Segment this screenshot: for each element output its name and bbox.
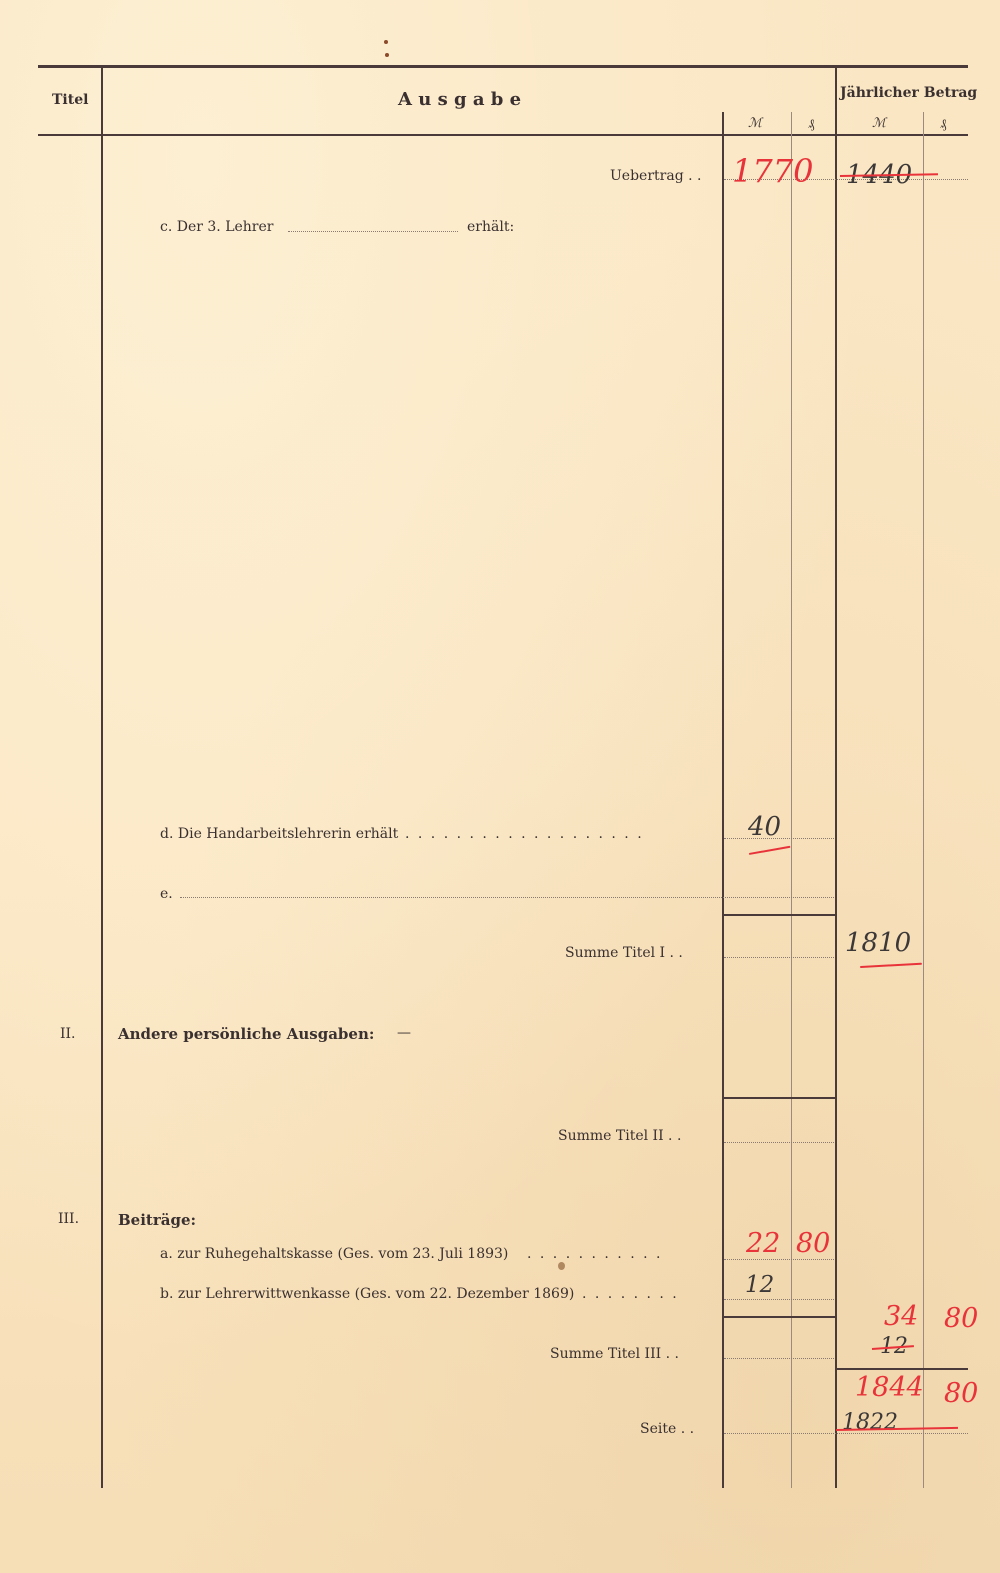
ink-stain [558, 1262, 565, 1270]
ink-dot [384, 40, 388, 44]
ink-dot [385, 53, 389, 57]
row-d-mark-value: 40 [748, 812, 781, 842]
betrag-pfennig-column-rule [923, 112, 924, 1488]
mark-column-left-rule [722, 112, 724, 1488]
beitrag-a-mark-value: 22 [746, 1228, 780, 1259]
summe-titel-2-label: Summe Titel II . . [558, 1128, 681, 1144]
titel-2-dash: — [397, 1025, 411, 1041]
betrag-mark-header: ℳ [872, 116, 886, 131]
seite-betrag-struck-value: 1822 [842, 1410, 898, 1435]
row-c-dotted-line [288, 231, 458, 232]
titel-3-number: III. [58, 1211, 79, 1227]
pfennig-column-rule [791, 112, 792, 1488]
pfennig-header: ₰ [808, 116, 815, 132]
row-d-leader: . . . . . . . . . . . . . . . . . . . [405, 826, 644, 842]
summe-2-top-rule [723, 1097, 836, 1099]
beitrag-a-label: a. zur Ruhegehaltskasse (Ges. vom 23. Ju… [160, 1246, 508, 1262]
summe-titel-3-betrag-pfennig-value: 80 [944, 1303, 978, 1334]
jaehrlicher-betrag-header: Jährlicher Betrag [840, 85, 977, 101]
beitrag-a-pfennig-value: 80 [796, 1228, 830, 1259]
summe-1-top-rule [723, 914, 836, 916]
beitrag-a-dotted-line [724, 1259, 834, 1260]
summe-3-top-rule [723, 1316, 836, 1318]
summe-titel-1-label: Summe Titel I . . [565, 945, 683, 961]
row-c-label: c. Der 3. Lehrer [160, 219, 273, 235]
uebertrag-mark-value: 1770 [732, 152, 813, 190]
seite-betrag-value: 1844 [855, 1372, 924, 1403]
uebertrag-label: Uebertrag . . [610, 168, 701, 184]
beitrag-b-label: b. zur Lehrerwittwenkasse (Ges. vom 22. … [160, 1286, 574, 1302]
summe-titel-3-dotted-line [724, 1358, 834, 1359]
summe-titel-1-red-underline [860, 963, 922, 968]
titel-header: Titel [52, 92, 88, 108]
row-d-label: d. Die Handarbeitslehrerin erhält [160, 826, 398, 842]
top-rule [38, 65, 968, 68]
titel-2-number: II. [60, 1026, 76, 1042]
ausgabe-header: A u s g a b e [398, 89, 521, 110]
beitrag-a-leader: . . . . . . . . . . . [527, 1246, 662, 1262]
titel-3-heading: Beiträge: [118, 1211, 196, 1229]
summe-titel-2-dotted-line [724, 1142, 834, 1143]
row-c-suffix: erhält: [467, 219, 514, 235]
row-e-dotted-line [180, 897, 834, 898]
summe-titel-1-betrag-value: 1810 [845, 928, 911, 958]
titel-2-heading: Andere persönliche Ausgaben: [118, 1025, 374, 1043]
beitrag-b-mark-value: 12 [745, 1272, 774, 1298]
beitrag-b-dotted-line [724, 1299, 834, 1300]
summe-titel-1-dotted-line [724, 957, 834, 958]
row-e-label: e. [160, 886, 173, 902]
header-bottom-rule [38, 134, 968, 136]
seite-top-rule [836, 1368, 968, 1370]
seite-betrag-pfennig-value: 80 [944, 1378, 978, 1409]
summe-titel-3-label: Summe Titel III . . [550, 1346, 679, 1362]
beitrag-b-leader: . . . . . . . . [582, 1286, 679, 1302]
betrag-column-left-rule [835, 66, 837, 1488]
mark-header: ℳ [748, 116, 762, 131]
row-d-red-mark [749, 846, 791, 855]
titel-column-divider [101, 66, 103, 1488]
summe-titel-3-betrag-value: 34 [884, 1301, 918, 1332]
betrag-pfennig-header: ₰ [940, 116, 947, 132]
seite-label: Seite . . [640, 1421, 694, 1437]
